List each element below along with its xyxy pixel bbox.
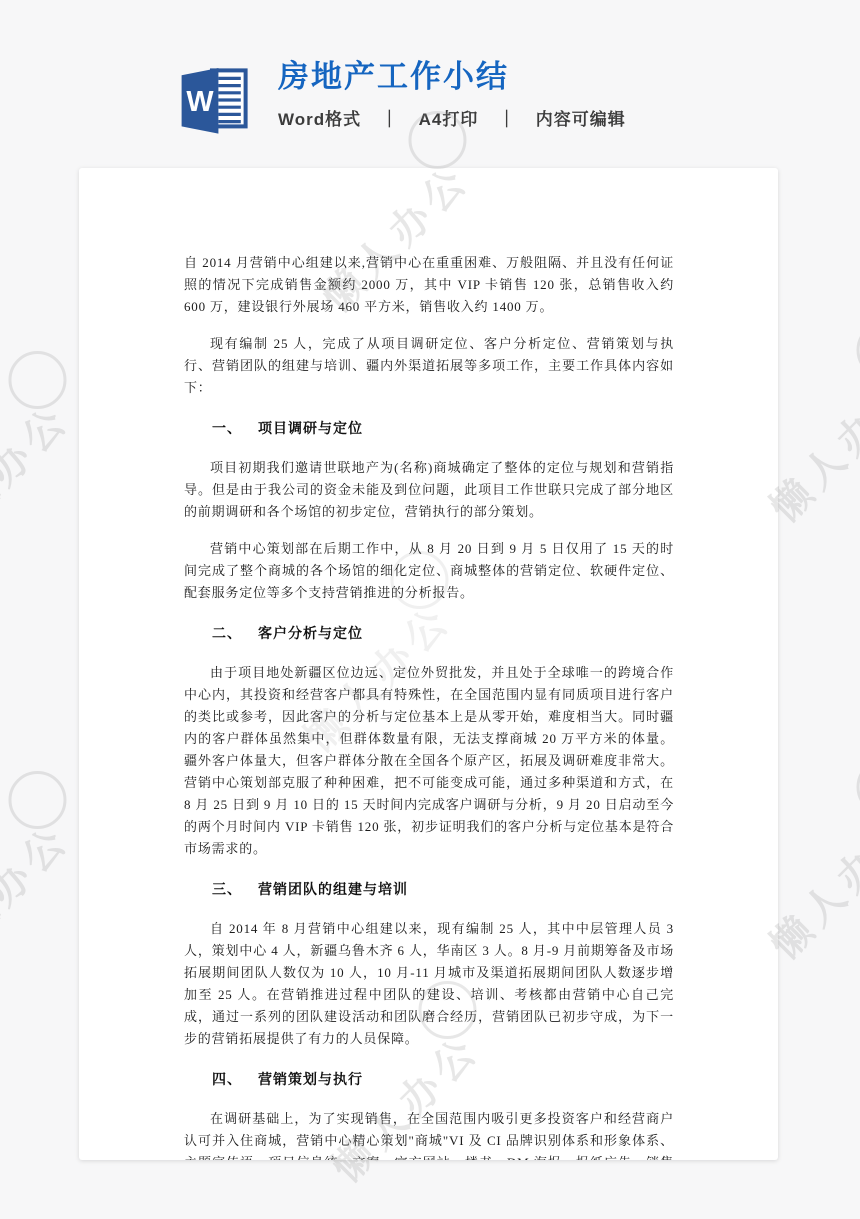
doc-paragraph: 营销中心策划部在后期工作中，从 8 月 20 日到 9 月 5 日仅用了 15 …: [184, 538, 674, 604]
page-header: W 房地产工作小结 Word格式 ｜ A4打印 ｜ 内容可编辑: [172, 58, 626, 142]
heading-number: 三、: [212, 881, 242, 897]
heading-label: 营销团队的组建与培训: [258, 881, 408, 897]
format-editable: 内容可编辑: [536, 110, 626, 129]
heading-label: 客户分析与定位: [258, 625, 363, 641]
page-title: 房地产工作小结: [278, 58, 626, 96]
word-icon-letter: W: [186, 86, 214, 118]
heading-number: 一、: [212, 420, 242, 436]
watermark: 懒人办公: [0, 810, 81, 983]
heading-label: 营销策划与执行: [258, 1071, 363, 1087]
page-background: W 房地产工作小结 Word格式 ｜ A4打印 ｜ 内容可编辑 自 2014 月…: [0, 0, 860, 1219]
format-word: Word格式: [278, 110, 361, 129]
doc-heading-4: 四、营销策划与执行: [184, 1068, 674, 1090]
watermark-ring-icon: [844, 746, 860, 828]
heading-label: 项目调研与定位: [258, 420, 363, 436]
document-preview-card: 自 2014 月营销中心组建以来,营销中心在重重困难、万般阻隔、并且没有任何证照…: [79, 168, 778, 1160]
doc-heading-2: 二、客户分析与定位: [184, 622, 674, 644]
doc-paragraph: 项目初期我们邀请世联地产为(名称)商城确定了整体的定位与规划和营销指导。但是由于…: [184, 457, 674, 523]
format-a4: A4打印: [419, 110, 479, 129]
doc-paragraph: 自 2014 月营销中心组建以来,营销中心在重重困难、万般阻隔、并且没有任何证照…: [184, 252, 674, 318]
doc-heading-1: 一、项目调研与定位: [184, 417, 674, 439]
watermark-ring-icon: [0, 759, 78, 841]
watermark-ring-icon: [0, 339, 78, 421]
header-text: 房地产工作小结 Word格式 ｜ A4打印 ｜ 内容可编辑: [278, 58, 626, 130]
doc-format-subtitle: Word格式 ｜ A4打印 ｜ 内容可编辑: [278, 105, 626, 130]
doc-paragraph: 自 2014 年 8 月营销中心组建以来，现有编制 25 人，其中中层管理人员 …: [184, 918, 674, 1050]
watermark-ring-icon: [844, 309, 860, 391]
doc-heading-3: 三、营销团队的组建与培训: [184, 878, 674, 900]
doc-paragraph: 现有编制 25 人，完成了从项目调研定位、客户分析定位、营销策划与执行、营销团队…: [184, 333, 674, 399]
subtitle-separator: ｜: [498, 110, 516, 129]
doc-paragraph: 由于项目地处新疆区位边远、定位外贸批发，并且处于全球唯一的跨境合作中心内，其投资…: [184, 662, 674, 860]
subtitle-separator: ｜: [381, 110, 399, 129]
document-body: 自 2014 月营销中心组建以来,营销中心在重重困难、万般阻隔、并且没有任何证照…: [79, 168, 778, 1160]
heading-number: 四、: [212, 1071, 242, 1087]
heading-number: 二、: [212, 625, 242, 641]
word-file-icon: W: [172, 58, 252, 142]
doc-paragraph: 在调研基础上，为了实现销售，在全国范围内吸引更多投资客户和经营商户认可并入住商城…: [184, 1108, 674, 1160]
watermark: 懒人办公: [0, 390, 81, 563]
